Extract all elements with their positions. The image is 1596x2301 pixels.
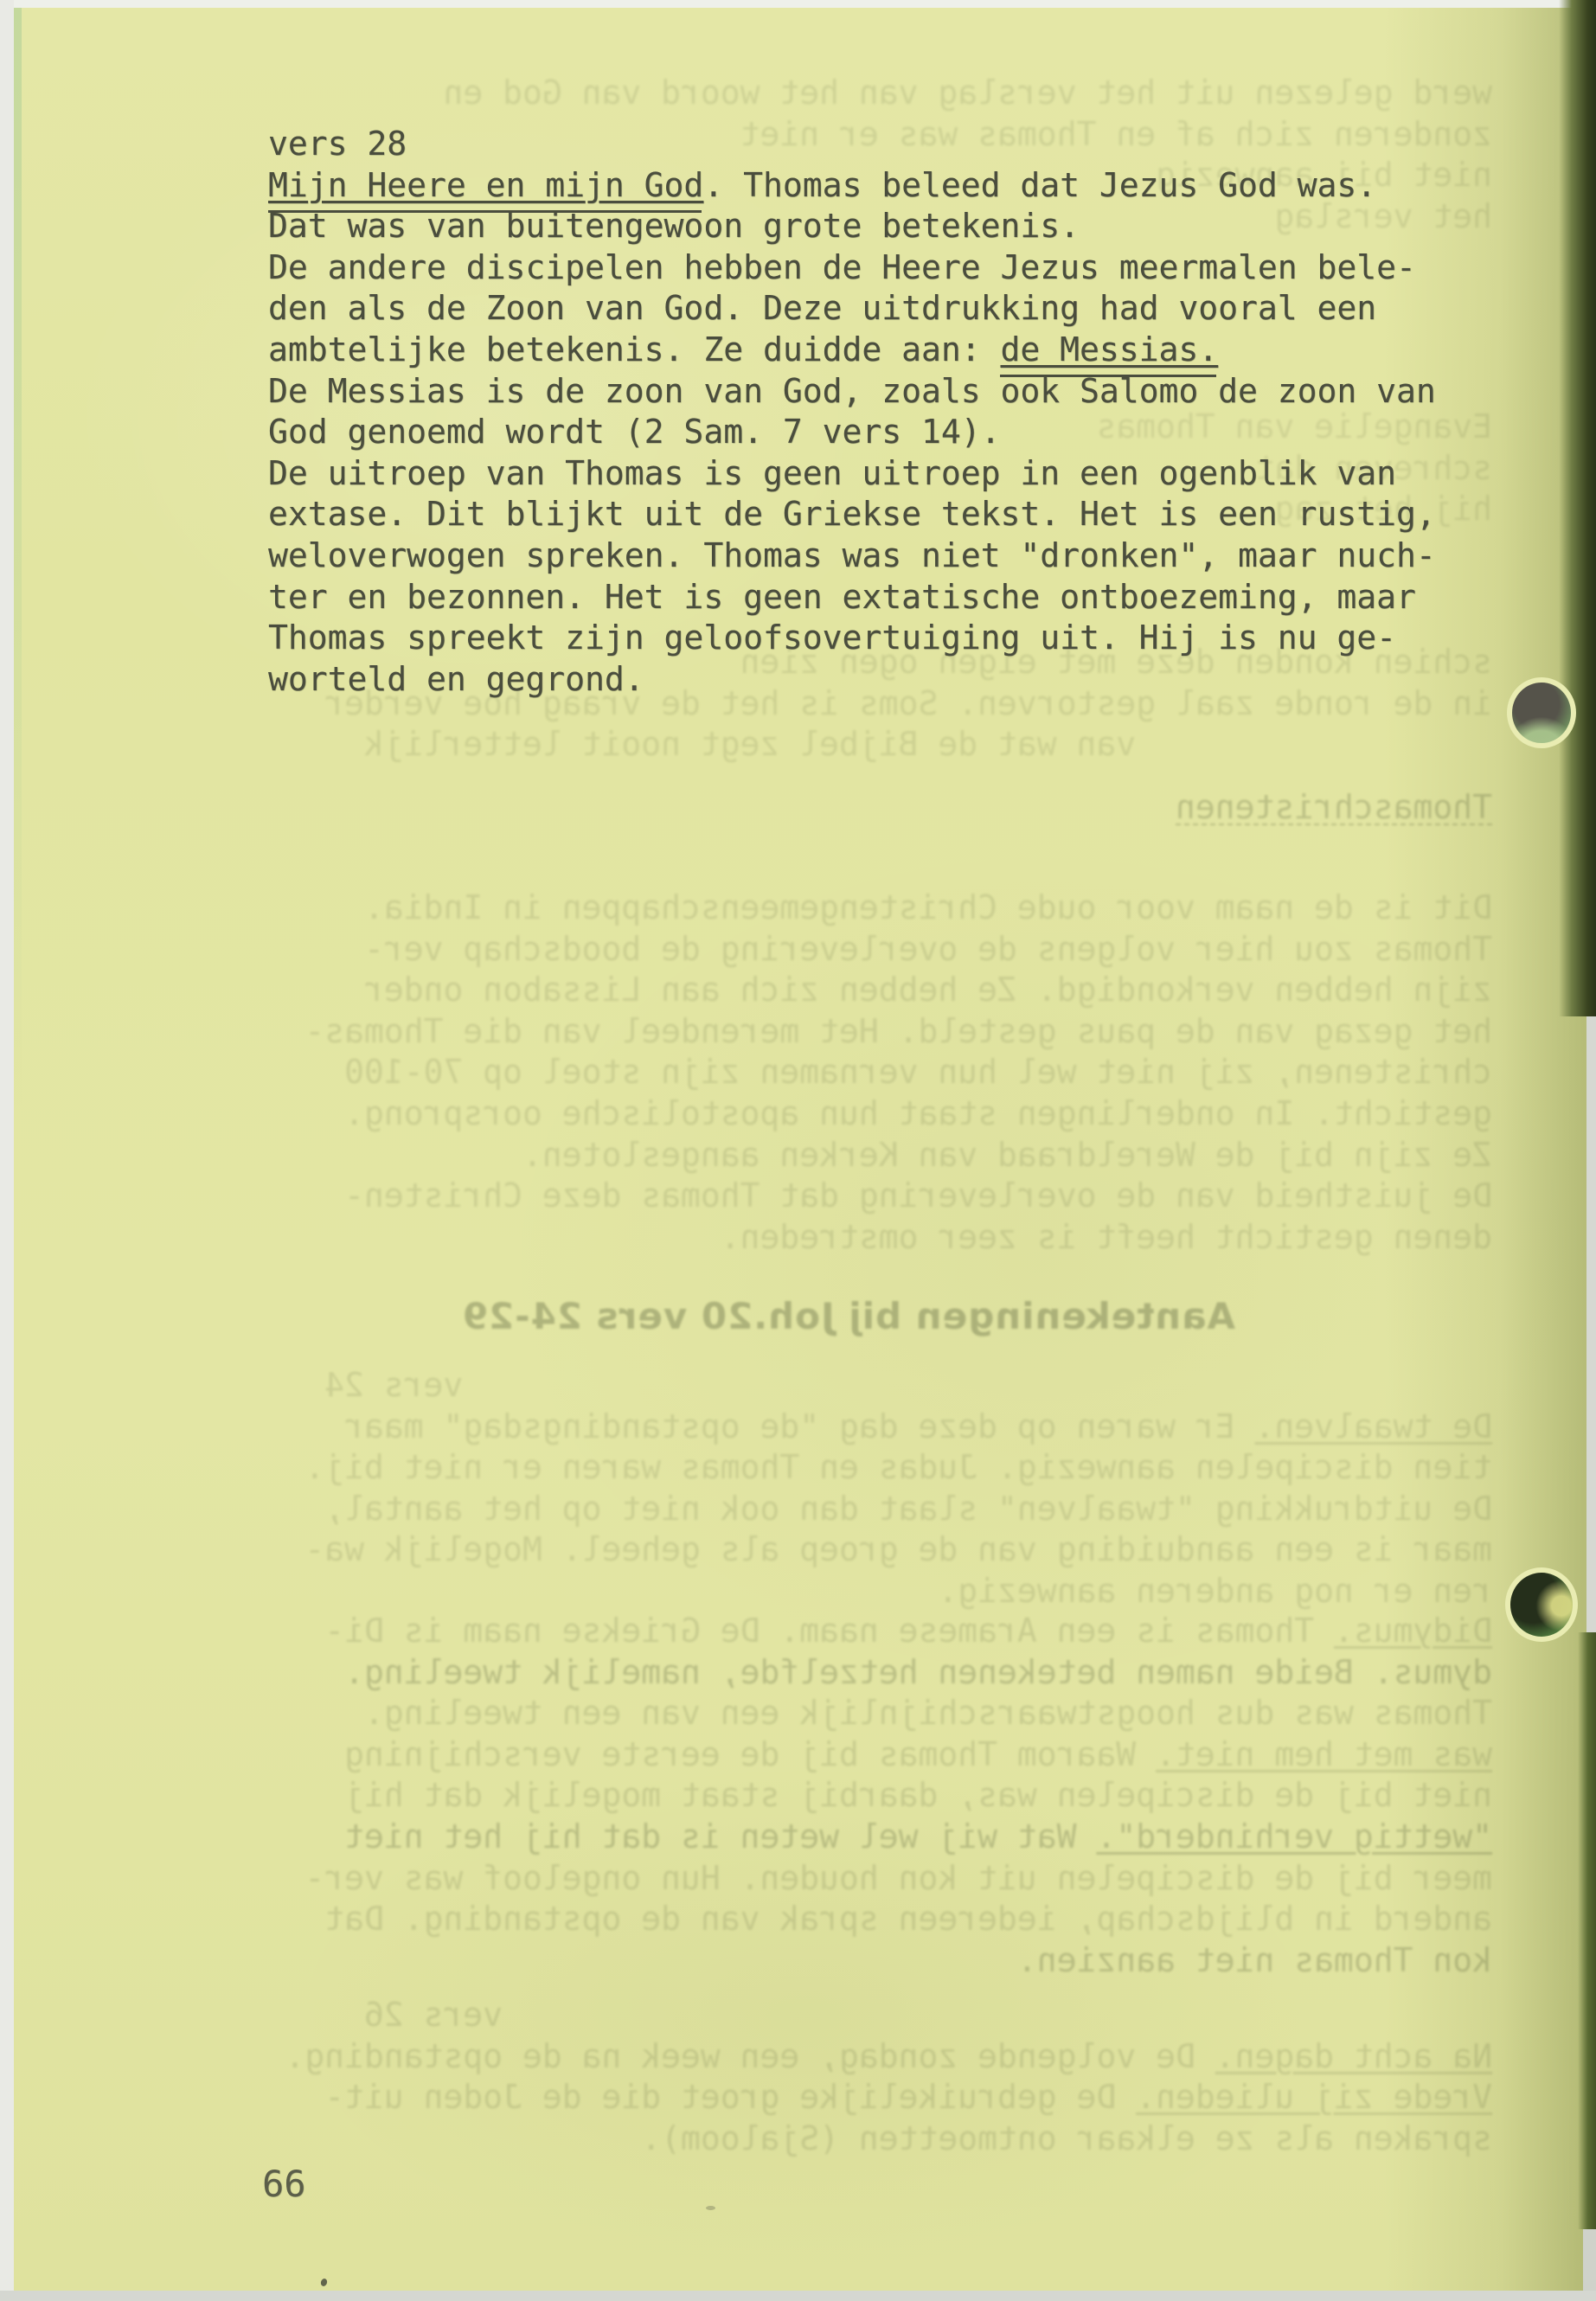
text-segment: van wat de Bijbel zegt nooit letterlijk <box>364 725 1136 763</box>
ghost-line: Na acht dagen. De volgende zondag, een w… <box>260 2036 1492 2078</box>
ghost-line: Didymus. Thomas is een Aramese naam. De … <box>260 1611 1492 1652</box>
punch-hole-bottom <box>1505 1567 1578 1642</box>
text-segment: was met hem niet. <box>1156 1735 1492 1773</box>
ghost-line: Dit is de naam voor oude Christengemeens… <box>260 888 1492 929</box>
text-segment: Ze zijn bij de Wereldraad van Kerken aan… <box>522 1136 1492 1174</box>
typed-line: extase. Dit blijkt uit de Griekse tekst.… <box>268 494 1436 535</box>
ghost-line: zijn hebben verkondigd. Ze hebben zich a… <box>260 970 1492 1011</box>
ghost-paragraph-3: Didymus. Thomas is een Aramese naam. De … <box>260 1611 1492 1981</box>
text-segment: De uitroep van Thomas is geen uitroep in… <box>268 454 1396 492</box>
ghost-line: niet bij de discipelen was, daarbij staa… <box>260 1775 1492 1817</box>
ghost-line: kon Thomas niet aanzien. <box>260 1940 1492 1982</box>
typed-line: De uitroep van Thomas is geen uitroep in… <box>268 453 1436 495</box>
text-segment: Thomaschristenen <box>1176 788 1492 826</box>
text-segment: De andere discipelen hebben de Heere Jez… <box>268 248 1416 286</box>
text-segment: Dat was van buitengewoon grote betekenis… <box>268 207 1080 245</box>
text-segment: anderd in blijdschap, iedereen sprak van… <box>324 1900 1492 1938</box>
ghost-heading: Aantekeningen bij Joh.20 vers 24-29 <box>503 1291 1235 1343</box>
text-segment: vers 26 <box>364 1996 503 2034</box>
ghost-line: gesticht. In onderlingen staat hun apost… <box>260 1093 1492 1135</box>
text-segment: Dit is de naam voor oude Christengemeens… <box>364 888 1492 926</box>
typed-line: ambtelijke betekenis. Ze duidde aan: de … <box>268 330 1436 371</box>
ghost-line: het gezag van de paus gesteld. Het meren… <box>260 1011 1492 1053</box>
text-segment: De gebruikelijke groet die de Joden uit- <box>324 2078 1136 2116</box>
text-segment: den als de Zoon van God. Deze uitdrukkin… <box>268 289 1376 327</box>
text-segment: Mijn Heere en mijn God <box>268 166 703 204</box>
text-segment: maar is een aanduiding van de groep als … <box>304 1530 1492 1568</box>
ghost-line: Ze zijn bij de Wereldraad van Kerken aan… <box>260 1135 1492 1176</box>
text-segment: vers 24 <box>324 1366 463 1404</box>
text-segment: "wettig verhinderd". <box>1096 1817 1492 1856</box>
typed-line: Mijn Heere en mijn God. Thomas beleed da… <box>268 165 1436 207</box>
ghost-line: Thomaschristenen <box>1107 787 1492 829</box>
ghost-line: vers 26 <box>260 1995 1492 2036</box>
typed-line: den als de Zoon van God. Deze uitdrukkin… <box>268 288 1436 330</box>
text-segment: God genoemd wordt (2 Sam. 7 vers 14). <box>268 413 1000 451</box>
typed-text-block: vers 28Mijn Heere en mijn God. Thomas be… <box>268 124 1436 700</box>
ghost-line: De uitdrukking "twaalven" slaat dan ook … <box>260 1489 1492 1530</box>
ink-speck <box>706 2206 715 2210</box>
typed-line: weloverwogen spreken. Thomas was niet "d… <box>268 535 1436 577</box>
text-segment: De juistheid van de overlevering dat Tho… <box>344 1176 1492 1215</box>
ghost-paragraph-1: Dit is de naam voor oude Christengemeens… <box>260 888 1492 1258</box>
ghost-line: denen gesticht heeft is zeer omstreden. <box>260 1217 1492 1259</box>
scan-margin-left <box>0 0 14 2301</box>
text-segment: Wat wij wel weten is dat hij het niet <box>344 1817 1096 1856</box>
text-segment: denen gesticht heeft is zeer omstreden. <box>721 1218 1492 1256</box>
text-segment: De uitdrukking "twaalven" slaat dan ook … <box>324 1490 1492 1528</box>
ghost-line: dymus. Beide namen betekenen hetzelfde, … <box>260 1652 1492 1694</box>
text-segment: christenen, zij niet wel hun vernamen zi… <box>344 1053 1492 1091</box>
text-segment: tien discipelen aanwezig. Judas en Thoma… <box>304 1448 1492 1486</box>
text-segment: zijn hebben verkondigd. Ze hebben zich a… <box>364 971 1492 1009</box>
page-number: 66 <box>262 2163 306 2205</box>
text-segment: Didymus. <box>1334 1612 1492 1650</box>
scan-margin-top <box>0 0 1596 8</box>
text-segment: Vrede zij ulieden. <box>1136 2078 1492 2116</box>
scan-margin-right-mid <box>1586 1016 1596 1632</box>
text-segment: dymus. Beide namen betekenen hetzelfde, … <box>344 1653 1492 1691</box>
text-segment: het gezag van de paus gesteld. Het meren… <box>304 1012 1492 1050</box>
ghost-line: christenen, zij niet wel hun vernamen zi… <box>260 1052 1492 1093</box>
typed-line: Thomas spreekt zijn geloofsovertuiging u… <box>268 618 1436 659</box>
paper-edge-green-sliver <box>14 8 22 1305</box>
text-segment: Aantekeningen bij Joh.20 vers 24-29 <box>462 1295 1235 1337</box>
binding-edge-dark-bottom <box>1578 1632 1596 2229</box>
ghost-paragraph-2: vers 24De twaalven. Er waren op deze dag… <box>260 1365 1492 1612</box>
text-segment: Thomas was dus hoogstwaarschijnlijk een … <box>364 1694 1492 1732</box>
ghost-line: was met hem niet. Waarom Thomas bij de e… <box>260 1734 1492 1776</box>
ghost-line: anderd in blijdschap, iedereen sprak van… <box>260 1899 1492 1940</box>
text-segment: weloverwogen spreken. Thomas was niet "d… <box>268 536 1436 574</box>
punch-hole-top <box>1507 677 1576 748</box>
ghost-paragraph-4: vers 26Na acht dagen. De volgende zondag… <box>260 1995 1492 2159</box>
ghost-line: spraken als ze elkaar ontmoetten (Sjaloo… <box>260 2118 1492 2160</box>
ghost-line: werd gelezen uit het verslag van het woo… <box>381 73 1492 114</box>
ghost-line: Vrede zij ulieden. De gebruikelijke groe… <box>260 2077 1492 2118</box>
ghost-line: "wettig verhinderd". Wat wij wel weten i… <box>260 1817 1492 1858</box>
text-segment: Waarom Thomas bij de eerste verschijning <box>344 1735 1156 1773</box>
text-segment: werd gelezen uit het verslag van het woo… <box>443 74 1492 112</box>
text-segment: vers 28 <box>268 125 407 163</box>
text-segment: Thomas zou hier volgens de overlevering … <box>364 930 1492 968</box>
text-segment: extase. Dit blijkt uit de Griekse tekst.… <box>268 495 1436 533</box>
scan-margin-bottom <box>0 2291 1596 2301</box>
text-segment: ambtelijke betekenis. Ze duidde aan: <box>268 330 1000 369</box>
ghost-line: Aantekeningen bij Joh.20 vers 24-29 <box>503 1291 1235 1343</box>
typed-line: De andere discipelen hebben de Heere Jez… <box>268 247 1436 289</box>
ghost-line: meer bij de discipelen uit kon houden. H… <box>260 1858 1492 1900</box>
text-segment: ter en bezonnen. Het is geen extatische … <box>268 578 1416 616</box>
text-segment: spraken als ze elkaar ontmoetten (Sjaloo… <box>641 2119 1492 2157</box>
ghost-line: Thomas zou hier volgens de overlevering … <box>260 929 1492 971</box>
text-segment: ren er nog anderen aanwezig. <box>938 1572 1492 1610</box>
typed-line: vers 28 <box>268 124 1436 165</box>
typed-line: worteld en gegrond. <box>268 659 1436 701</box>
typed-line: ter en bezonnen. Het is geen extatische … <box>268 577 1436 619</box>
ghost-line: ren er nog anderen aanwezig. <box>260 1571 1492 1612</box>
text-segment: Thomas spreekt zijn geloofsovertuiging u… <box>268 619 1396 657</box>
text-segment: niet bij de discipelen was, daarbij staa… <box>344 1776 1492 1814</box>
ghost-line: tien discipelen aanwezig. Judas en Thoma… <box>260 1447 1492 1489</box>
text-segment: gesticht. In onderlingen staat hun apost… <box>344 1094 1492 1132</box>
ghost-line: Thomas was dus hoogstwaarschijnlijk een … <box>260 1693 1492 1734</box>
text-segment: De Messias is de zoon van God, zoals ook… <box>268 372 1436 410</box>
typed-line: De Messias is de zoon van God, zoals ook… <box>268 371 1436 413</box>
binding-edge-dark-top <box>1559 0 1596 1016</box>
text-segment: worteld en gegrond. <box>268 660 644 698</box>
ghost-line: De twaalven. Er waren op deze dag "de op… <box>260 1407 1492 1448</box>
text-segment: de Messias. <box>1000 330 1218 369</box>
text-segment: Er waren op deze dag "de opstandingsdag"… <box>344 1407 1254 1445</box>
ghost-line: De juistheid van de overlevering dat Tho… <box>260 1176 1492 1217</box>
ghost-line: vers 24 <box>260 1365 1492 1407</box>
ghost-section-title: Thomaschristenen <box>1107 787 1492 829</box>
text-segment: De twaalven. <box>1254 1407 1492 1445</box>
ghost-line: van wat de Bijbel zegt nooit letterlijk <box>260 724 1492 766</box>
ghost-line: maar is een aanduiding van de groep als … <box>260 1529 1492 1571</box>
text-segment: De volgende zondag, een week na de opsta… <box>285 2037 1215 2075</box>
text-segment: Na acht dagen. <box>1215 2037 1492 2075</box>
text-segment: meer bij de discipelen uit kon houden. H… <box>304 1859 1492 1897</box>
text-segment: . Thomas beleed dat Jezus God was. <box>703 166 1376 204</box>
text-segment: kon Thomas niet aanzien. <box>1017 1941 1492 1979</box>
text-segment: Thomas is een Aramese naam. De Griekse n… <box>324 1612 1334 1650</box>
typed-line: God genoemd wordt (2 Sam. 7 vers 14). <box>268 412 1436 453</box>
scanned-document-page: werd gelezen uit het verslag van het woo… <box>0 0 1596 2301</box>
